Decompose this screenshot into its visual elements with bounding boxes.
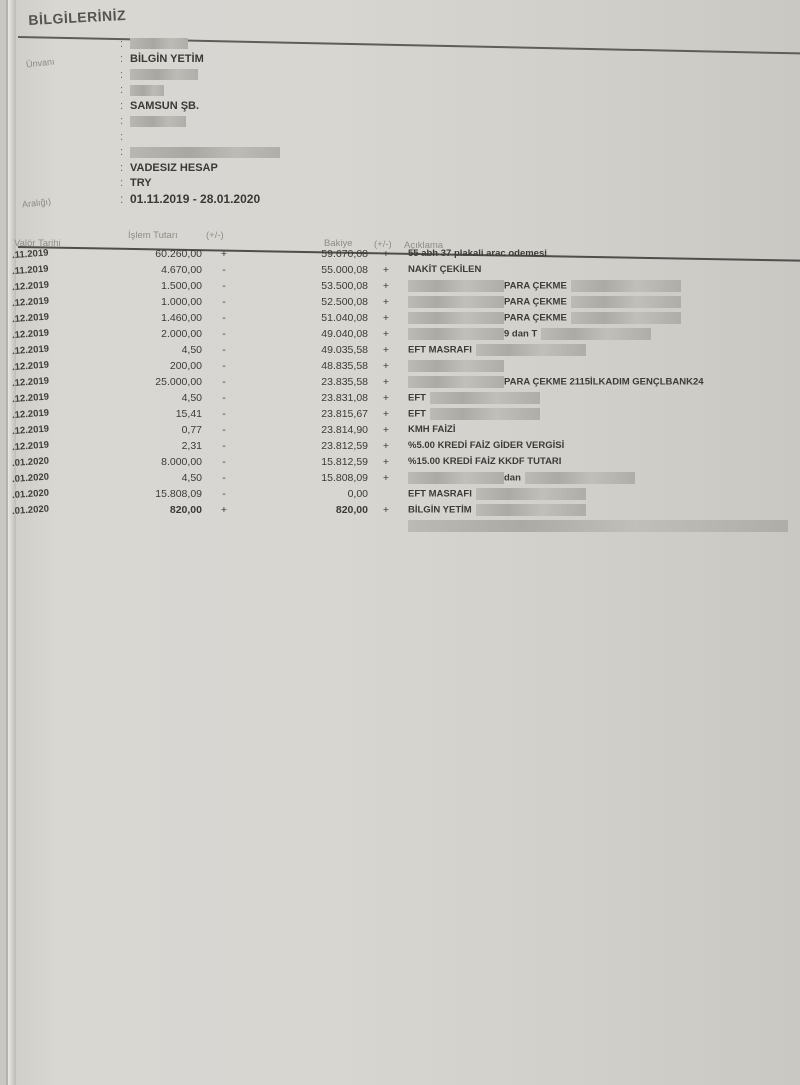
balance-sign: + bbox=[380, 392, 392, 404]
transaction-description: 9 dan T bbox=[408, 328, 651, 340]
redaction-block bbox=[130, 69, 198, 80]
table-row: .11.201960.260,00+59.670,08+55 abh 37 pl… bbox=[8, 248, 800, 263]
redaction-block bbox=[408, 328, 504, 340]
statement-period: 01.11.2019 - 28.01.2020 bbox=[130, 192, 260, 206]
transaction-description: PARA ÇEKME bbox=[408, 312, 681, 324]
transaction-amount: 1.000,00 bbox=[118, 296, 202, 308]
balance-amount: 52.500,08 bbox=[284, 296, 368, 308]
description-text: EFT bbox=[408, 408, 426, 419]
value-date: .12.2019 bbox=[12, 422, 73, 437]
transaction-description: BİLGİN YETİM bbox=[408, 504, 586, 516]
amount-sign: - bbox=[218, 296, 230, 308]
balance-amount: 55.000,08 bbox=[284, 264, 368, 276]
balance-amount: 53.500,08 bbox=[284, 280, 368, 292]
table-row: .12.20190,77-23.814,90+KMH FAİZİ bbox=[8, 424, 800, 439]
value-date: .12.2019 bbox=[12, 406, 73, 421]
redaction-block bbox=[130, 116, 186, 127]
value-date: .12.2019 bbox=[12, 374, 73, 389]
table-row: .12.20192.000,00-49.040,08+9 dan T bbox=[8, 328, 800, 343]
redaction-block bbox=[476, 344, 586, 356]
transaction-amount: 25.000,00 bbox=[118, 376, 202, 388]
transaction-amount: 4,50 bbox=[118, 472, 202, 484]
info-row-period: :01.11.2019 - 28.01.2020 bbox=[120, 191, 280, 207]
redaction-block bbox=[571, 312, 681, 324]
value-date: .12.2019 bbox=[12, 326, 73, 341]
value-date: .12.2019 bbox=[12, 294, 73, 309]
amount-sign: - bbox=[218, 280, 230, 292]
transaction-description: KMH FAİZİ bbox=[408, 424, 456, 435]
balance-sign: + bbox=[380, 296, 392, 308]
redaction-block bbox=[408, 376, 504, 388]
header-amount-sign: (+/-) bbox=[206, 230, 224, 241]
table-row: .01.2020820,00+820,00+BİLGİN YETİM bbox=[8, 504, 800, 519]
transaction-amount: 1.500,00 bbox=[118, 280, 202, 292]
description-text: %5.00 KREDİ FAİZ GİDER VERGİSİ bbox=[408, 440, 564, 451]
balance-sign: + bbox=[380, 344, 392, 356]
balance-sign: + bbox=[380, 472, 392, 484]
table-row: .01.20208.000,00-15.812,59+%15.00 KREDİ … bbox=[8, 456, 800, 471]
value-date: .01.2020 bbox=[12, 470, 73, 485]
balance-sign: + bbox=[380, 440, 392, 452]
description-text: EFT MASRAFI bbox=[408, 488, 472, 499]
balance-sign: + bbox=[380, 456, 392, 468]
transactions-table-body: .11.201960.260,00+59.670,08+55 abh 37 pl… bbox=[8, 248, 800, 523]
balance-amount: 49.040,08 bbox=[284, 328, 368, 340]
amount-sign: - bbox=[218, 440, 230, 452]
description-text: %15.00 KREDİ FAİZ KKDF TUTARI bbox=[408, 456, 561, 467]
redaction-block bbox=[476, 488, 586, 500]
table-row: .01.20204,50-15.808,09+dan bbox=[8, 472, 800, 487]
transaction-amount: 820,00 bbox=[118, 504, 202, 516]
balance-sign: + bbox=[380, 504, 392, 516]
amount-sign: - bbox=[218, 376, 230, 388]
amount-sign: - bbox=[218, 488, 230, 500]
transaction-description: EFT bbox=[408, 408, 540, 420]
info-row-account-type: :VADESIZ HESAP bbox=[120, 160, 280, 176]
label-unvan: Ünvanı bbox=[26, 57, 55, 70]
redaction-block bbox=[408, 280, 504, 292]
info-row-redacted: : bbox=[120, 83, 280, 99]
description-text: BİLGİN YETİM bbox=[408, 504, 472, 515]
balance-amount: 15.808,09 bbox=[284, 472, 368, 484]
transaction-amount: 200,00 bbox=[118, 360, 202, 372]
description-text: PARA ÇEKME bbox=[504, 281, 567, 292]
redaction-block bbox=[525, 472, 635, 484]
redaction-block bbox=[408, 472, 504, 484]
balance-amount: 820,00 bbox=[284, 504, 368, 516]
description-text: PARA ÇEKME bbox=[504, 297, 567, 308]
transaction-amount: 2,31 bbox=[118, 440, 202, 452]
transaction-description bbox=[408, 520, 788, 532]
balance-sign: + bbox=[380, 280, 392, 292]
transaction-description: dan bbox=[408, 472, 635, 484]
balance-sign: + bbox=[380, 312, 392, 324]
transaction-description: EFT bbox=[408, 392, 540, 404]
table-row bbox=[8, 520, 800, 535]
transaction-amount: 1.460,00 bbox=[118, 312, 202, 324]
section-title: BİLGİLERİNİZ bbox=[28, 7, 126, 28]
table-row: .12.201915,41-23.815,67+EFT bbox=[8, 408, 800, 423]
balance-amount: 48.835,58 bbox=[284, 360, 368, 372]
table-row: .12.20191.000,00-52.500,08+PARA ÇEKME bbox=[8, 296, 800, 311]
info-row-redacted: : bbox=[120, 36, 280, 52]
redaction-block bbox=[571, 296, 681, 308]
info-row-empty: : bbox=[120, 129, 280, 145]
currency: TRY bbox=[130, 177, 152, 189]
value-date: .12.2019 bbox=[12, 310, 73, 325]
transaction-description: EFT MASRAFI bbox=[408, 344, 586, 356]
balance-sign: + bbox=[380, 360, 392, 372]
info-row-holder: :BİLGİN YETİM bbox=[120, 52, 280, 68]
value-date: .01.2020 bbox=[12, 486, 73, 501]
balance-amount: 23.831,08 bbox=[284, 392, 368, 404]
table-row: .01.202015.808,09-0,00EFT MASRAFI bbox=[8, 488, 800, 503]
account-type: VADESIZ HESAP bbox=[130, 162, 218, 174]
account-holder-name: BİLGİN YETİM bbox=[130, 53, 204, 65]
redaction-block bbox=[408, 296, 504, 308]
table-row: .12.20191.460,00-51.040,08+PARA ÇEKME bbox=[8, 312, 800, 327]
transaction-description: PARA ÇEKME bbox=[408, 280, 681, 292]
value-date: .12.2019 bbox=[12, 390, 73, 405]
table-row: .12.20191.500,00-53.500,08+PARA ÇEKME bbox=[8, 280, 800, 295]
value-date: .01.2020 bbox=[12, 454, 73, 469]
table-row: .12.20192,31-23.812,59+%5.00 KREDİ FAİZ … bbox=[8, 440, 800, 455]
description-text: PARA ÇEKME 2115İLKADIM GENÇLBANK24 bbox=[504, 376, 704, 387]
account-info: : :BİLGİN YETİM : : :SAMSUN ŞB. : : : :V… bbox=[120, 36, 280, 207]
transaction-amount: 60.260,00 bbox=[118, 248, 202, 260]
transaction-amount: 0,77 bbox=[118, 424, 202, 436]
transaction-amount: 4,50 bbox=[118, 392, 202, 404]
info-row-currency: :TRY bbox=[120, 176, 280, 192]
transaction-amount: 4.670,00 bbox=[118, 264, 202, 276]
balance-amount: 49.035,58 bbox=[284, 344, 368, 356]
bank-statement-page: BİLGİLERİNİZ Ünvanı Aralığı) : :BİLGİN Y… bbox=[6, 0, 800, 1085]
description-text: PARA ÇEKME bbox=[504, 313, 567, 324]
balance-sign: + bbox=[380, 408, 392, 420]
table-row: .12.20194,50-23.831,08+EFT bbox=[8, 392, 800, 407]
description-text: EFT bbox=[408, 392, 426, 403]
balance-amount: 23.814,90 bbox=[284, 424, 368, 436]
transaction-description bbox=[408, 360, 504, 372]
redaction-block bbox=[130, 85, 164, 96]
transaction-description: NAKİT ÇEKİLEN bbox=[408, 264, 481, 275]
value-date: .12.2019 bbox=[12, 342, 73, 357]
balance-amount: 59.670,08 bbox=[284, 248, 368, 260]
balance-sign: + bbox=[380, 264, 392, 276]
redaction-block bbox=[408, 360, 504, 372]
transaction-amount: 2.000,00 bbox=[118, 328, 202, 340]
balance-amount: 23.815,67 bbox=[284, 408, 368, 420]
amount-sign: - bbox=[218, 424, 230, 436]
amount-sign: - bbox=[218, 264, 230, 276]
balance-amount: 51.040,08 bbox=[284, 312, 368, 324]
redaction-block bbox=[476, 504, 586, 516]
balance-amount: 0,00 bbox=[284, 488, 368, 500]
balance-amount: 15.812,59 bbox=[284, 456, 368, 468]
table-row: .12.201925.000,00-23.835,58+PARA ÇEKME 2… bbox=[8, 376, 800, 391]
redaction-block bbox=[408, 312, 504, 324]
transaction-amount: 15.808,09 bbox=[118, 488, 202, 500]
value-date: .01.2020 bbox=[12, 502, 73, 517]
transaction-description: 55 abh 37 plakali arac odemesi bbox=[408, 248, 547, 259]
amount-sign: - bbox=[218, 328, 230, 340]
transaction-description: PARA ÇEKME 2115İLKADIM GENÇLBANK24 bbox=[408, 376, 704, 388]
info-row-redacted: : bbox=[120, 67, 280, 83]
table-row: .12.20194,50-49.035,58+EFT MASRAFI bbox=[8, 344, 800, 359]
description-text: 55 abh 37 plakali arac odemesi bbox=[408, 248, 547, 259]
amount-sign: - bbox=[218, 312, 230, 324]
value-date: .12.2019 bbox=[12, 438, 73, 453]
value-date: .12.2019 bbox=[12, 358, 73, 373]
header-amount: İşlem Tutarı bbox=[128, 230, 178, 241]
table-row: .12.2019200,00-48.835,58+ bbox=[8, 360, 800, 375]
amount-sign: - bbox=[218, 360, 230, 372]
redaction-block bbox=[430, 392, 540, 404]
value-date: .11.2019 bbox=[12, 246, 73, 261]
redaction-block bbox=[130, 38, 188, 49]
value-date: .11.2019 bbox=[12, 262, 73, 277]
transaction-description: %5.00 KREDİ FAİZ GİDER VERGİSİ bbox=[408, 440, 564, 451]
description-text: dan bbox=[504, 472, 521, 483]
info-row-redacted: : bbox=[120, 145, 280, 161]
balance-sign: + bbox=[380, 424, 392, 436]
balance-amount: 23.812,59 bbox=[284, 440, 368, 452]
description-text: KMH FAİZİ bbox=[408, 424, 456, 435]
page-binding-edge bbox=[8, 0, 16, 1085]
amount-sign: - bbox=[218, 392, 230, 404]
description-text: NAKİT ÇEKİLEN bbox=[408, 264, 481, 275]
redaction-block bbox=[430, 408, 540, 420]
info-row-branch: :SAMSUN ŞB. bbox=[120, 98, 280, 114]
transaction-amount: 8.000,00 bbox=[118, 456, 202, 468]
branch-name: SAMSUN ŞB. bbox=[130, 100, 199, 112]
redaction-block bbox=[571, 280, 681, 292]
amount-sign: - bbox=[218, 472, 230, 484]
balance-amount: 23.835,58 bbox=[284, 376, 368, 388]
amount-sign: + bbox=[218, 248, 230, 260]
transaction-description: EFT MASRAFI bbox=[408, 488, 586, 500]
description-text: 9 dan T bbox=[504, 329, 537, 340]
amount-sign: + bbox=[218, 504, 230, 516]
description-text: EFT MASRAFI bbox=[408, 344, 472, 355]
balance-sign: + bbox=[380, 248, 392, 260]
transaction-amount: 15,41 bbox=[118, 408, 202, 420]
transaction-description: PARA ÇEKME bbox=[408, 296, 681, 308]
table-row: .11.20194.670,00-55.000,08+NAKİT ÇEKİLEN bbox=[8, 264, 800, 279]
label-aralik: Aralığı) bbox=[22, 197, 52, 210]
amount-sign: - bbox=[218, 344, 230, 356]
balance-sign: + bbox=[380, 376, 392, 388]
amount-sign: - bbox=[218, 408, 230, 420]
transaction-description: %15.00 KREDİ FAİZ KKDF TUTARI bbox=[408, 456, 561, 467]
transaction-amount: 4,50 bbox=[118, 344, 202, 356]
redaction-block bbox=[130, 147, 280, 158]
amount-sign: - bbox=[218, 456, 230, 468]
balance-sign: + bbox=[380, 328, 392, 340]
value-date: .12.2019 bbox=[12, 278, 73, 293]
redaction-block bbox=[408, 520, 788, 532]
redaction-block bbox=[541, 328, 651, 340]
info-row-redacted: : bbox=[120, 114, 280, 130]
